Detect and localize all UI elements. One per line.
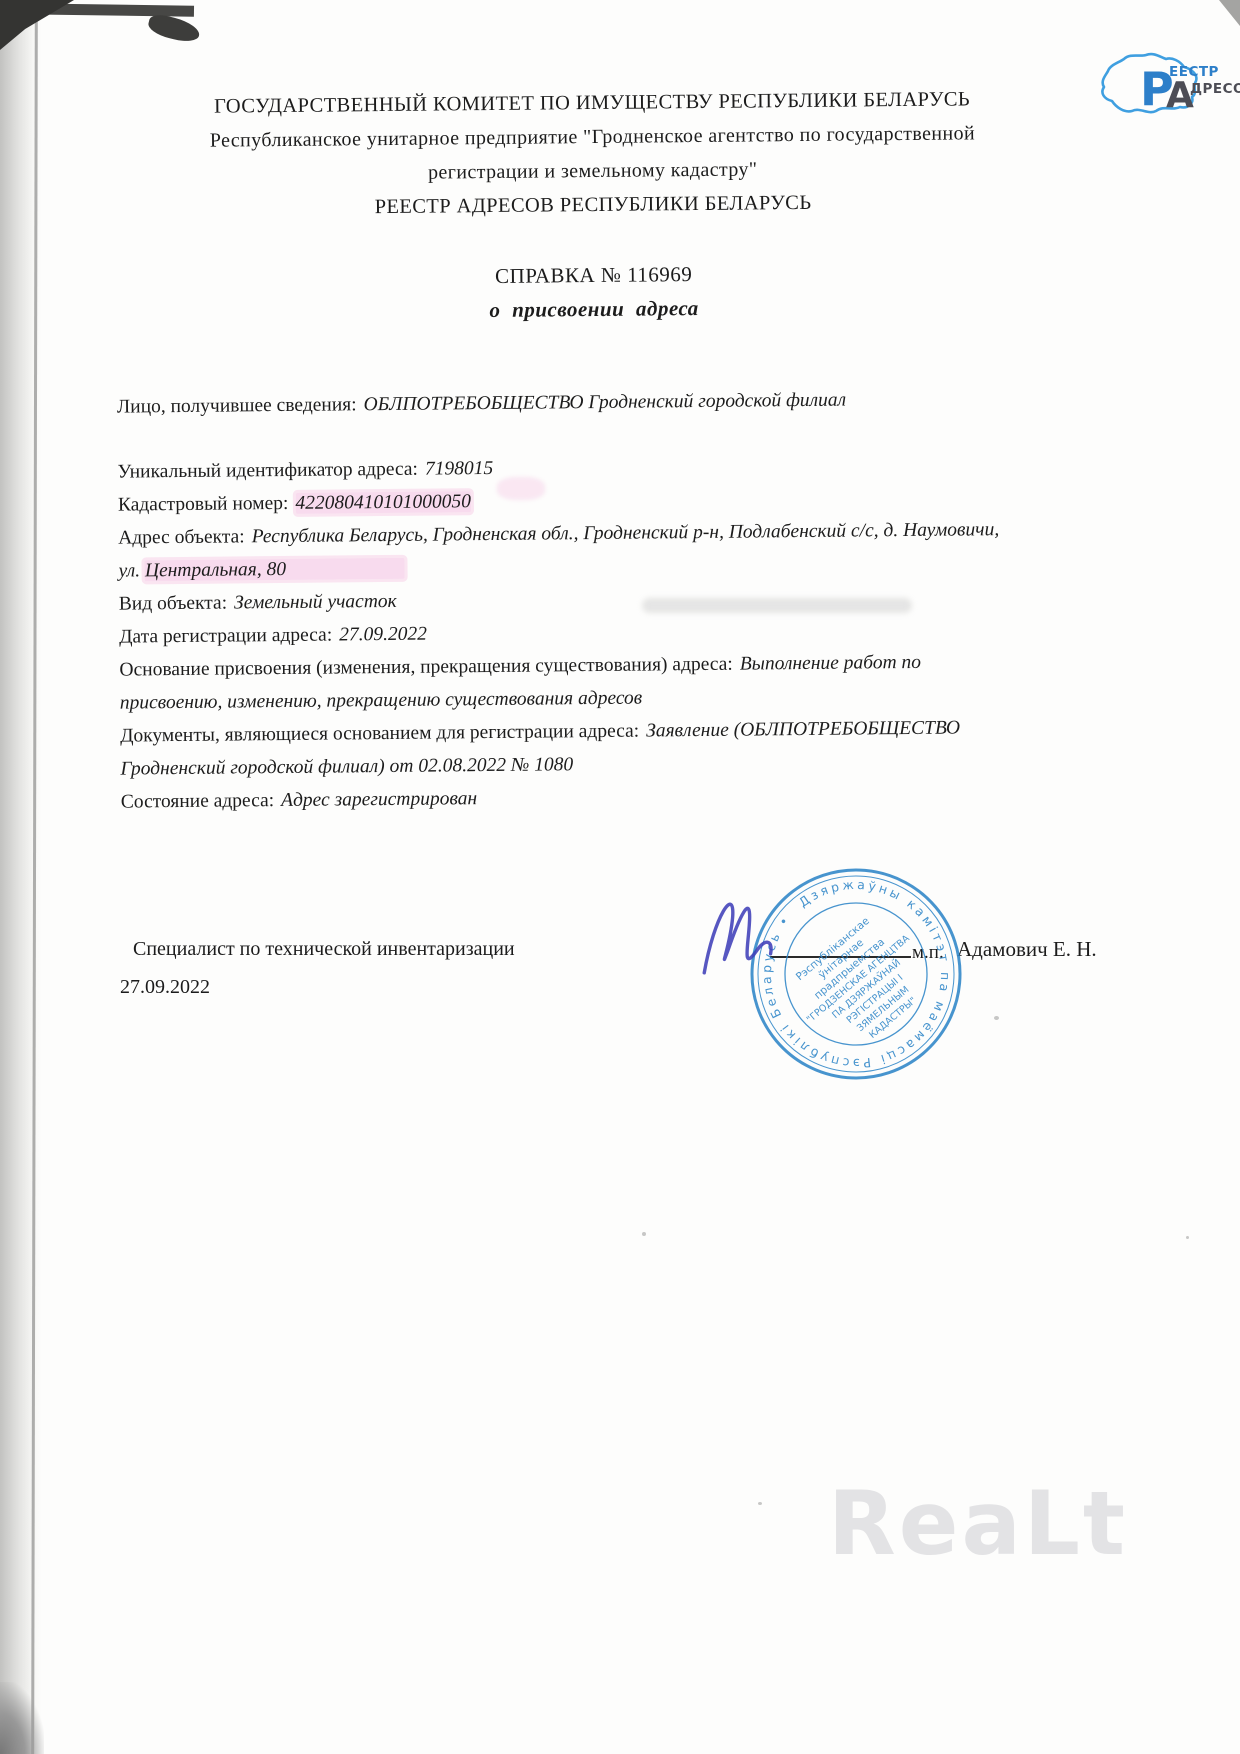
realt-watermark: ReaLt — [828, 1472, 1128, 1575]
field-label: Адрес объекта: — [118, 526, 245, 548]
signature-date: 27.09.2022 — [120, 976, 210, 999]
field-object-address: Адрес объекта:Республика Беларусь, Гродн… — [118, 513, 1019, 588]
field-value: Земельный участок — [234, 591, 397, 614]
field-label: Уникальный идентификатор адреса: — [118, 459, 419, 483]
field-assignment-basis: Основание присвоения (изменения, прекращ… — [119, 645, 1020, 720]
document-content: ГОСУДАРСТВЕННЫЙ КОМИТЕТ ПО ИМУЩЕСТВУ РЕС… — [51, 0, 1139, 819]
scan-top-right-corner-artifact — [1219, 0, 1240, 26]
field-label: Дата регистрации адреса: — [119, 625, 332, 648]
field-label: Состояние адреса: — [121, 790, 275, 812]
field-value: 27.09.2022 — [339, 624, 427, 646]
signature-block: Специалист по технической инвентаризации… — [0, 930, 1240, 1070]
field-value: ОБЛПОТРЕБОБЩЕСТВО Гродненский городской … — [364, 390, 847, 416]
logo-word-adresov: ДРЕСОВ — [1190, 81, 1240, 97]
field-value-highlighted: Центральная, 80 — [145, 558, 404, 581]
scan-speck — [1186, 1236, 1189, 1239]
field-label: Основание присвоения (изменения, прекращ… — [119, 654, 733, 681]
scan-bottom-left-shadow — [0, 1682, 44, 1754]
scan-speck — [758, 1502, 762, 1505]
signer-position: Специалист по технической инвентаризации — [133, 938, 515, 961]
field-value: Адрес зарегистрирован — [281, 788, 477, 811]
certificate-fields: Лицо, получившее сведения:ОБЛПОТРЕБОБЩЕС… — [55, 381, 1081, 819]
certificate-title: СПРАВКА № 116969 о присвоении адреса — [54, 253, 1135, 331]
document-page: Р ЕЕСТР А ДРЕСОВ ГОСУДАРСТВЕННЫЙ КОМИТЕТ… — [0, 0, 1240, 1754]
field-basis-documents: Документы, являющиеся основанием для рег… — [120, 711, 1021, 786]
field-value: 7198015 — [425, 458, 493, 480]
field-recipient: Лицо, получившее сведения:ОБЛПОТРЕБОБЩЕС… — [117, 382, 1017, 424]
field-label: Вид объекта: — [119, 593, 227, 615]
scanned-certificate-page: { "logo": { "letter_r": "Р", "word_eestr… — [0, 0, 1240, 1754]
field-label: Кадастровый номер: — [118, 493, 289, 516]
field-label: Документы, являющиеся основанием для рег… — [120, 721, 639, 747]
scan-speck — [642, 1232, 646, 1236]
letterhead: ГОСУДАРСТВЕННЫЙ КОМИТЕТ ПО ИМУЩЕСТВУ РЕС… — [52, 81, 1133, 227]
field-label: Лицо, получившее сведения: — [117, 394, 357, 417]
field-value-highlighted: 422080410101000050 — [295, 491, 471, 514]
handwritten-signature — [688, 880, 818, 985]
